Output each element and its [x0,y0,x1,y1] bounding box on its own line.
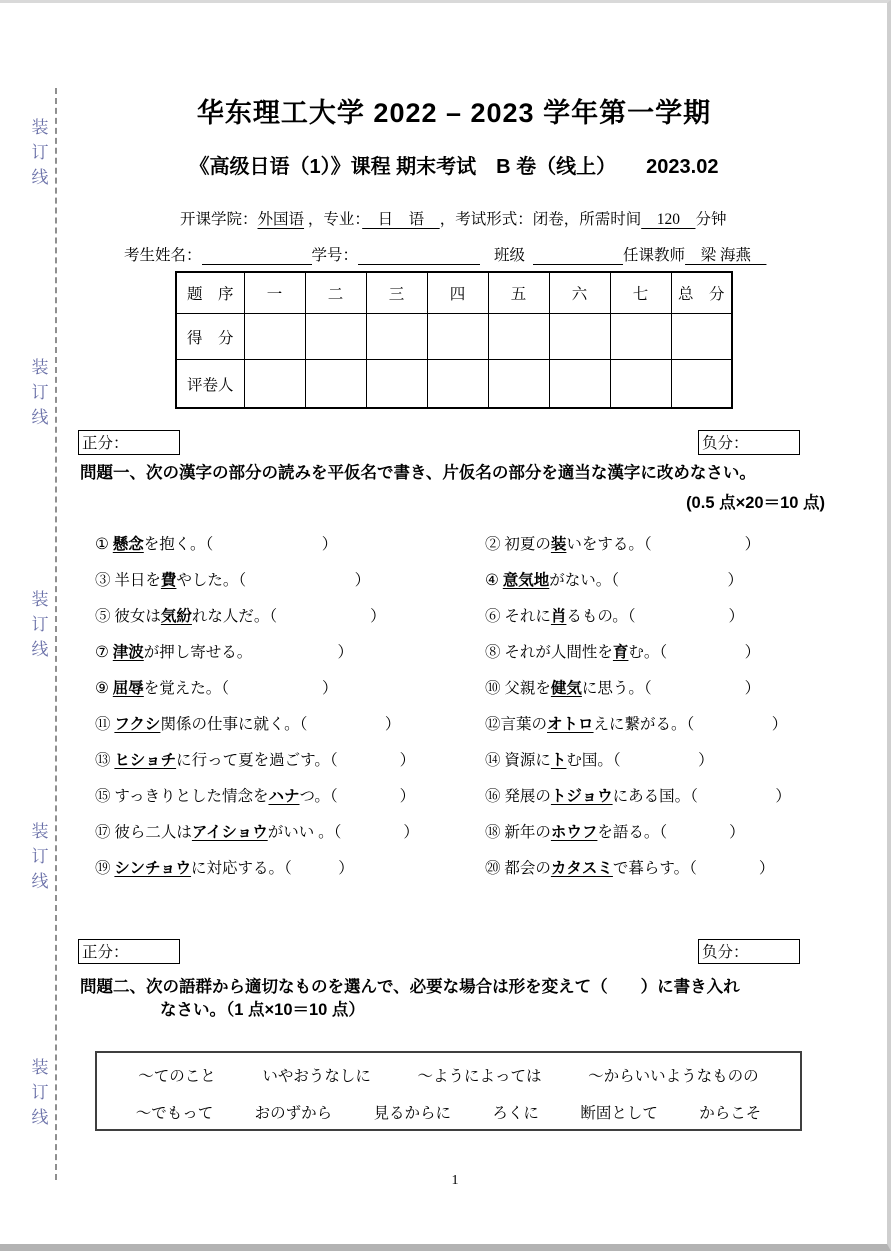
question-target-word: オトロ [547,716,594,733]
score-header-cell: 四 [427,272,488,314]
binding-line-label: 装订线 [29,1059,51,1126]
question-item: ① 懸念を抱く。（ ） [95,534,485,570]
score-cell [610,314,671,360]
question-text: るもの。（ ） [566,608,744,625]
question-text: がない。（ ） [549,572,743,589]
question-text: 初夏の [504,536,551,553]
question-text: 関係の仕事に就く。（ ） [160,716,400,733]
question-number: ⑨ [95,680,113,697]
question-item: ⑬ ヒショチに行って夏を過ごす。（ ） [95,750,485,786]
question-item: ⑩ 父親を健気に思う。（ ） [485,678,845,714]
question-target-word: 肖 [551,608,567,625]
section2-title-line2: なさい。（1 点×10＝10 点） [80,999,828,1022]
question-item: ③ 半日を費やした。（ ） [95,570,485,606]
question-number: ① [95,536,113,553]
question-text: れな人だ。（ ） [192,608,386,625]
question-list: ① 懸念を抱く。（ ）② 初夏の装いをする。（ ）③ 半日を費やした。（ ）④ … [95,534,845,894]
score-cell [244,314,305,360]
exam-subtitle: 《高级日语（1）》课程 期末考试 B 卷（线上） 2023.02 [80,150,828,179]
student-name-blank [202,247,312,265]
binding-line-label: 装订线 [29,359,51,426]
question-number: ⑭ [485,752,504,769]
question-number: ⑬ [95,752,114,769]
teacher-label: 任课教师 [623,247,685,264]
binding-line-label: 装订线 [29,119,51,186]
question-text: 資源に [504,752,551,769]
question-number: ⑱ [485,824,504,841]
question-number: ④ [485,572,503,589]
question-item: ⑳ 都会のカタスミで暮らす。（ ） [485,858,845,894]
student-id-blank [358,247,480,265]
question-target-word: 屈辱 [113,680,144,697]
positive-score-box: 正分： [78,430,180,455]
word-bank-entry: ～ようによっては [418,1064,542,1086]
question-target-word: 懸念 [113,536,144,553]
course-major-label: ，专业： [304,211,362,228]
question-number: ⑪ [95,716,114,733]
question-item: ⑫言葉のオトロえに繋がる。（ ） [485,714,845,750]
word-bank-entry: おのずから [255,1101,333,1123]
grader-row-label: 评卷人 [176,360,244,409]
question-target-word: 費 [161,572,177,589]
question-text: む。（ ） [628,644,760,661]
grader-cell [671,360,732,409]
score-table-header-row: 题 序 一 二 三 四 五 六 七 总 分 [176,272,732,314]
question-number: ⑮ [95,788,114,805]
question-number: ⑩ [485,680,504,697]
question-text: やした。（ ） [176,572,370,589]
question-text: がいい 。（ ） [268,824,419,841]
question-item: ⑦ 津波が押し寄せる。 ） [95,642,485,678]
question-text: む国。（ ） [566,752,713,769]
question-target-word: 気紛 [161,608,192,625]
word-bank-row-1: ～てのこといやおうなしに～ようによっては～からいいようなものの [97,1056,800,1093]
question-text: それが人間性を [504,644,613,661]
score-cell [427,314,488,360]
teacher-value: 梁 海燕 [685,247,766,264]
score-row-label: 得 分 [176,314,244,360]
score-header-cell: 七 [610,272,671,314]
question-item: ⑤ 彼女は気紛れな人だ。（ ） [95,606,485,642]
negative-score-box-2: 负分： [698,939,800,964]
course-college-label: 开课学院： [180,211,258,228]
word-bank-entry: いやおうなしに [262,1064,371,1086]
word-bank-entry: ～でもって [136,1101,214,1123]
score-header-cell: 题 序 [176,272,244,314]
question-number: ⑯ [485,788,504,805]
question-text: に対応する。（ ） [191,860,354,877]
question-item: ⑧ それが人間性を育む。（ ） [485,642,845,678]
question-text: にある国。（ ） [613,788,791,805]
question-text: つ。（ ） [299,788,415,805]
question-item: ⑨ 屈辱を覚えた。（ ） [95,678,485,714]
word-bank-box: ～てのこといやおうなしに～ようによっては～からいいようなものの ～でもっておのず… [95,1051,802,1131]
score-header-cell: 五 [488,272,549,314]
question-number: ⑧ [485,644,504,661]
question-target-word: フクシ [114,716,160,733]
grader-cell [488,360,549,409]
exam-title: 华东理工大学 2022 – 2023 学年第一学期 [80,91,828,130]
score-header-cell: 三 [366,272,427,314]
question-item: ④ 意気地がない。（ ） [485,570,845,606]
score-cell [305,314,366,360]
question-number: ⑰ [95,824,114,841]
word-bank-entry: ～からいいようなものの [588,1064,759,1086]
question-number: ⑳ [485,860,504,877]
grader-cell [427,360,488,409]
class-blank [533,247,623,265]
page-number: 1 [80,1173,830,1189]
word-bank-entry: ～てのこと [138,1064,216,1086]
question-text: を抱く。（ ） [144,536,337,553]
score-cell [366,314,427,360]
question-number: ② [485,536,504,553]
grader-cell [244,360,305,409]
word-bank-entry: からこそ [699,1101,761,1123]
score-header-cell: 二 [305,272,366,314]
score-header-cell: 一 [244,272,305,314]
score-row: 得 分 [176,314,732,360]
question-target-word: アイショウ [192,824,268,841]
word-bank-entry: ろくに [492,1101,539,1123]
question-item: ⑱ 新年のホウフを語る。（ ） [485,822,845,858]
question-target-word: ト [551,752,567,769]
question-target-word: 津波 [113,644,144,661]
question-number: ⑤ [95,608,114,625]
question-text: に行って夏を過ごす。（ ） [176,752,415,769]
question-text: を覚えた。（ ） [144,680,338,697]
question-target-word: 意気地 [503,572,550,589]
question-number: ⑲ [95,860,114,877]
grader-cell [305,360,366,409]
section2-title-line1: 問題二、次の語群から適切なものを選んで、必要な場合は形を変えて（ ）に書き入れ [80,978,740,996]
question-item: ⑰ 彼ら二人はアイショウがいい 。（ ） [95,822,485,858]
question-target-word: ヒショチ [114,752,176,769]
score-header-cell: 总 分 [671,272,732,314]
positive-score-box-2: 正分： [78,939,180,964]
question-text: 発展の [504,788,551,805]
exam-paper-page: 装订线装订线装订线装订线装订线 华东理工大学 2022 – 2023 学年第一学… [0,0,891,1251]
question-target-word: 健気 [551,680,582,697]
binding-line-label: 装订线 [29,591,51,658]
grader-row: 评卷人 [176,360,732,409]
question-item: ⑮ すっきりとした情念をハナつ。（ ） [95,786,485,822]
question-item: ⑪ フクシ関係の仕事に就く。（ ） [95,714,485,750]
question-target-word: ホウフ [551,824,598,841]
question-text: 半日を [114,572,161,589]
binding-line-label: 装订线 [29,823,51,890]
question-text: 都会の [504,860,551,877]
grader-cell [549,360,610,409]
question-item: ⑲ シンチョウに対応する。（ ） [95,858,485,894]
question-target-word: カタスミ [551,860,613,877]
question-number: ③ [95,572,114,589]
course-major-value: 日 语 [362,211,440,228]
question-text: いをする。（ ） [566,536,760,553]
question-target-word: シンチョウ [114,860,191,877]
question-target-word: ハナ [268,788,299,805]
question-number: ⑫ [485,716,501,733]
question-text: 新年の [504,824,551,841]
question-text: を語る。（ ） [597,824,744,841]
class-label: 班级 [480,247,525,264]
question-target-word: トジョウ [551,788,613,805]
negative-score-box: 负分： [698,430,800,455]
question-item: ⑥ それに肖るもの。（ ） [485,606,845,642]
question-number: ⑦ [95,644,113,661]
question-text: で暮らす。（ ） [613,860,775,877]
question-target-word: 装 [551,536,567,553]
course-info-line: 开课学院：外国语 ，专业： 日 语 ，考试形式：闭卷，所需时间 120 分钟 [180,207,726,229]
score-header-cell: 六 [549,272,610,314]
question-target-word: 育 [613,644,629,661]
question-text: 彼女は [114,608,161,625]
question-item: ⑯ 発展のトジョウにある国。（ ） [485,786,845,822]
word-bank-entry: 断固として [580,1101,658,1123]
binding-dashed-line [55,88,57,1180]
question-text: すっきりとした情念を [114,788,268,805]
course-format-label: ，考试形式：闭卷，所需时间 [440,211,642,228]
student-id-label: 学号： [312,247,359,264]
grader-cell [366,360,427,409]
student-info-line: 考生姓名：学号：班级任课教师 梁 海燕 [124,243,766,265]
section2-title: 問題二、次の語群から適切なものを選んで、必要な場合は形を変えて（ ）に書き入れ … [80,976,828,1022]
score-table: 题 序 一 二 三 四 五 六 七 总 分 得 分 评卷人 [175,271,733,409]
grader-cell [610,360,671,409]
section1-points: (0.5 点×20＝10 点) [80,489,825,513]
question-text: えに繋がる。（ ） [594,716,788,733]
section1-title: 問題一、次の漢字の部分の読みを平仮名で書き、片仮名の部分を適当な漢字に改めなさい… [80,462,828,485]
question-text: 彼ら二人は [114,824,192,841]
course-duration-value: 120 [641,211,695,228]
question-text: が押し寄せる。 ） [144,644,353,661]
question-text: それに [504,608,551,625]
course-college-value: 外国语 [258,211,305,228]
question-item: ⑭ 資源にトむ国。（ ） [485,750,845,786]
question-number: ⑥ [485,608,504,625]
question-text: 言葉の [501,716,548,733]
question-text: 父親を [504,680,551,697]
student-name-label: 考生姓名： [124,247,202,264]
course-minutes-label: 分钟 [695,211,726,228]
score-cell [488,314,549,360]
question-text: に思う。（ ） [582,680,760,697]
score-cell [549,314,610,360]
score-cell [671,314,732,360]
question-item: ② 初夏の装いをする。（ ） [485,534,845,570]
word-bank-entry: 見るからに [374,1101,452,1123]
word-bank-row-2: ～でもっておのずから見るからにろくに断固としてからこそ [97,1093,800,1130]
